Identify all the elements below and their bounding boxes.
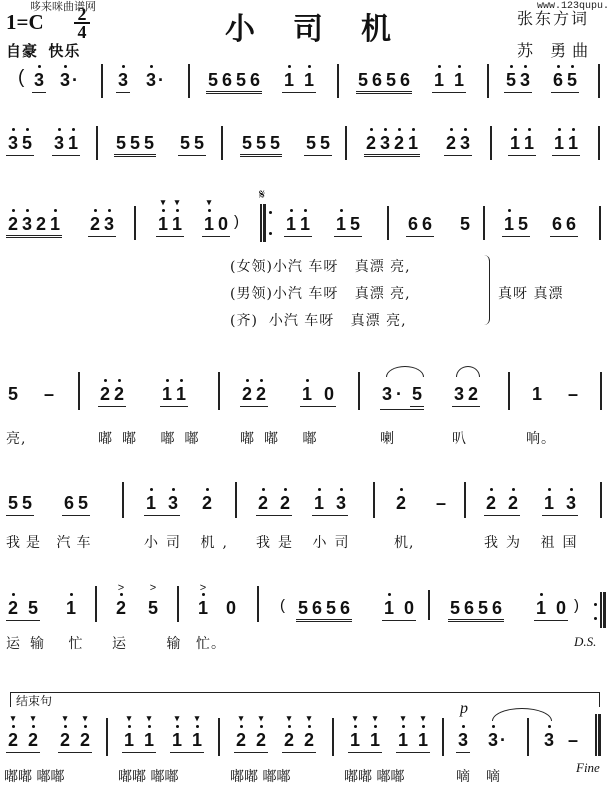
note-group: 66	[406, 214, 434, 237]
repeat-dot	[269, 232, 272, 235]
note-group: 3	[32, 70, 46, 93]
repeat-barline-thick	[263, 204, 266, 242]
note-group: 13	[144, 493, 180, 516]
repeat-dot	[269, 211, 272, 214]
note: –	[566, 730, 580, 750]
note-group: 13	[312, 493, 348, 516]
barline	[122, 482, 124, 518]
barline	[428, 590, 430, 620]
note: 2	[466, 384, 480, 404]
note: –	[42, 384, 56, 404]
note: 1	[64, 598, 78, 618]
barline	[508, 372, 510, 410]
note: 3	[32, 70, 46, 93]
note-group: 11	[122, 730, 156, 753]
note: 2	[88, 214, 102, 234]
note: 2	[444, 133, 458, 153]
note: 3	[518, 70, 532, 90]
note: 3	[458, 133, 472, 153]
note: 3	[144, 70, 158, 90]
note: 2	[234, 730, 248, 750]
note: 2	[26, 730, 40, 750]
note: 1	[534, 598, 548, 618]
note-group: 55	[6, 493, 34, 516]
dot-extension: ·	[158, 70, 164, 90]
song-title: 小司机	[225, 4, 429, 48]
note-group: 53	[504, 70, 532, 93]
note: 3	[52, 133, 66, 153]
note: 1	[542, 493, 556, 513]
lyric: 嘀	[456, 766, 471, 786]
note: 2	[6, 730, 20, 750]
repeat-dot	[594, 617, 597, 620]
barline	[600, 372, 602, 410]
barline	[96, 126, 98, 160]
note: 5	[192, 133, 206, 153]
note: 0	[224, 598, 238, 618]
note: 5	[128, 133, 142, 153]
note: 6	[462, 598, 476, 618]
segno-sign: 𝄋	[259, 186, 265, 203]
note: 3	[6, 133, 20, 153]
tie	[492, 708, 552, 721]
lyric: 运输 忙	[6, 633, 92, 653]
fine-mark: Fine	[576, 760, 600, 776]
note-group: 1–	[530, 384, 580, 404]
note: 1	[170, 730, 184, 750]
note: 2	[278, 493, 292, 513]
note: 5	[348, 214, 362, 234]
note: 1	[144, 493, 158, 513]
note: 2	[254, 730, 268, 750]
note: 2	[6, 214, 20, 234]
note-group: 22	[256, 493, 292, 516]
note: 5	[410, 384, 424, 407]
note-group: 5–	[6, 384, 56, 404]
barline	[598, 126, 600, 160]
note: 6	[406, 214, 420, 234]
note: 1	[190, 730, 204, 750]
lyric: 我是 小司	[256, 532, 356, 552]
barline	[527, 718, 529, 756]
lyric: 叭	[452, 428, 467, 448]
end-repeat-thick	[603, 592, 606, 628]
note: 6	[550, 214, 564, 234]
note: 2	[114, 598, 128, 618]
note: 2	[58, 730, 72, 750]
barline	[101, 64, 103, 98]
note-group: 2	[200, 493, 214, 513]
note: 5	[516, 214, 530, 234]
note: 5	[448, 598, 462, 618]
note-group: 5656	[206, 70, 262, 94]
barline	[345, 126, 347, 160]
note: 0	[402, 598, 416, 618]
barline	[337, 64, 339, 98]
note: 5	[114, 133, 128, 153]
note-group: 11	[160, 384, 188, 407]
note-group: 3·	[486, 730, 506, 750]
note: 1	[522, 133, 536, 153]
barline	[598, 64, 600, 98]
note-group: 555	[114, 133, 156, 157]
note-group: 3–	[542, 730, 580, 750]
note: 1	[432, 70, 446, 90]
note: 6	[248, 70, 262, 90]
barline	[600, 482, 602, 518]
note: –	[566, 384, 580, 404]
note: 2	[254, 384, 268, 404]
note: 6	[398, 70, 412, 90]
barline	[257, 586, 259, 622]
lyrics-brace	[484, 255, 490, 325]
note-group: 10	[300, 384, 336, 407]
barline	[134, 206, 136, 240]
note: 1	[382, 598, 396, 618]
note: 5	[565, 70, 579, 90]
note: 5	[304, 133, 318, 153]
note: 3	[334, 493, 348, 513]
lyrics-female-lead: (女领)小汽 车呀 真漂 亮,	[230, 256, 411, 276]
note: 1	[368, 730, 382, 750]
lyric: 响。	[526, 428, 556, 448]
barline	[188, 64, 190, 98]
note-group: 22	[240, 384, 268, 407]
barline	[358, 372, 360, 410]
note-group: 3	[116, 70, 130, 93]
note-group: 5656	[356, 70, 412, 94]
note-group: 22	[6, 730, 40, 753]
ending-bracket	[10, 692, 600, 707]
note: 2	[506, 493, 520, 513]
note: 0	[322, 384, 336, 404]
note: 5	[254, 133, 268, 153]
note: 2	[98, 384, 112, 404]
note: 3	[20, 214, 34, 234]
note: 6	[420, 214, 434, 234]
lyrics-chorus: (齐) 小汽 车呀 真漂 亮,	[230, 310, 407, 330]
barline	[177, 586, 179, 622]
note: 3	[564, 493, 578, 513]
note: 5	[384, 70, 398, 90]
barline	[464, 482, 466, 518]
note: 5	[20, 493, 34, 513]
final-barline-thin	[595, 714, 597, 756]
note: 1	[156, 214, 170, 234]
note: 5	[206, 70, 220, 90]
note: 5	[26, 598, 40, 618]
note-group: 2321	[6, 214, 62, 238]
note: 2	[394, 493, 408, 513]
close-paren: )	[574, 596, 579, 616]
barline	[483, 206, 485, 240]
note-group: 5	[146, 598, 160, 618]
note-group: 65	[62, 493, 90, 516]
lyric: 运 输	[112, 633, 198, 653]
lyric: 嘟嘟 嘟嘟	[118, 766, 178, 786]
key-signature: 1=C	[6, 10, 44, 35]
barline	[235, 482, 237, 518]
note: 6	[338, 598, 352, 618]
note: 1	[406, 133, 420, 153]
note-group: 55	[178, 133, 206, 156]
note-group: 13	[542, 493, 578, 516]
note-group: 3·5	[380, 384, 424, 410]
close-paren: )	[234, 212, 239, 232]
lyric: 嘀	[486, 766, 501, 786]
note: 1	[284, 214, 298, 234]
slur	[456, 366, 480, 377]
note: 2	[302, 730, 316, 750]
end-repeat-thin	[600, 592, 602, 628]
note: 1	[300, 384, 314, 404]
barline	[78, 372, 80, 410]
note-group: 11	[508, 133, 536, 156]
note: 1	[452, 70, 466, 90]
note: 0	[554, 598, 568, 618]
note-group: 25	[6, 598, 40, 621]
note: 6	[564, 214, 578, 234]
note: 3	[380, 384, 394, 407]
note: 1	[508, 133, 522, 153]
note: 6	[490, 598, 504, 618]
note: 5	[178, 133, 192, 153]
note-group: 2	[114, 598, 128, 618]
note: ·	[500, 730, 506, 750]
note-group: 11	[156, 214, 184, 237]
note: 6	[551, 70, 565, 90]
note: 3	[116, 70, 130, 93]
note: 5	[324, 598, 338, 618]
note-group: 10	[534, 598, 568, 621]
note-group: 32	[452, 384, 480, 407]
note: 1	[282, 70, 296, 90]
note: 5	[504, 70, 518, 90]
note: 6	[370, 70, 384, 90]
tempo-marking: 自豪 快乐	[6, 40, 80, 61]
dynamic-piano: p	[460, 700, 468, 718]
note-group: 22	[484, 493, 520, 516]
note-group: 10	[202, 214, 230, 237]
note: 1	[530, 384, 544, 404]
note: 1	[348, 730, 362, 750]
note-group: 3·	[58, 70, 78, 90]
lyric: 小司 机,	[144, 532, 235, 552]
lyric: 嘟嘟 嘟嘟	[230, 766, 290, 786]
note: 3	[456, 730, 470, 750]
note: 1	[552, 133, 566, 153]
barline	[95, 586, 97, 622]
note: 0	[216, 214, 230, 234]
note: 5	[146, 598, 160, 618]
note: 1	[566, 133, 580, 153]
barline	[218, 372, 220, 410]
note: 1	[334, 214, 348, 234]
note: 1	[312, 493, 326, 513]
barline	[599, 206, 601, 240]
note-group: 11	[170, 730, 204, 753]
note-group: 10	[382, 598, 416, 621]
note-group: 11	[432, 70, 466, 93]
note-group: 5	[458, 214, 472, 234]
note-group: 5656	[296, 598, 352, 622]
note: 5	[296, 598, 310, 618]
note-group: 3	[456, 730, 470, 753]
lyric: 嘟嘟 嘟嘟	[98, 428, 208, 448]
note: 6	[220, 70, 234, 90]
note: 5	[356, 70, 370, 90]
note-group: 2321	[364, 133, 420, 157]
note: 3	[378, 133, 392, 153]
note: 3	[58, 70, 72, 90]
note: 2	[200, 493, 214, 513]
note-group: 1	[64, 598, 78, 618]
repeat-dot	[594, 603, 597, 606]
note: 2	[282, 730, 296, 750]
lyricist-credit: 张东方词	[517, 6, 589, 29]
note: 1	[142, 730, 156, 750]
barline	[221, 126, 223, 160]
note-group: 22	[282, 730, 316, 753]
note-group: 22	[98, 384, 126, 407]
note: 5	[458, 214, 472, 234]
note: 3	[452, 384, 466, 404]
note: 2	[392, 133, 406, 153]
note-group: 15	[334, 214, 362, 237]
note: 3	[102, 214, 116, 234]
note: 1	[174, 384, 188, 404]
note: 5	[476, 598, 490, 618]
note: 5	[142, 133, 156, 153]
lyrics-after-brace: 真呀 真漂	[498, 283, 563, 303]
note-group: 31	[52, 133, 80, 156]
note-group: 11	[348, 730, 382, 753]
time-signature-bottom: 4	[74, 24, 90, 40]
barline	[490, 126, 492, 160]
note: 2	[34, 214, 48, 234]
note-group: 10	[196, 598, 238, 618]
note: 5	[20, 133, 34, 153]
open-paren: (	[280, 596, 285, 616]
note-group: 3·	[144, 70, 164, 90]
ending-bracket-label: 结束句	[16, 692, 52, 709]
note: 1	[302, 70, 316, 90]
note: 3	[486, 730, 500, 750]
note-group: 555	[240, 133, 282, 157]
note-group: 66	[550, 214, 578, 237]
note: 5	[318, 133, 332, 153]
note: 2	[78, 730, 92, 750]
note: 6	[62, 493, 76, 513]
note: 2	[6, 598, 20, 618]
note-group: 23	[88, 214, 116, 237]
note: 5	[234, 70, 248, 90]
note-group: 55	[304, 133, 332, 156]
barline	[332, 718, 334, 756]
note: 1	[66, 133, 80, 153]
composer-credit: 苏 勇曲	[517, 38, 594, 61]
note: 3	[542, 730, 556, 750]
barline	[218, 718, 220, 756]
note-group: 5656	[448, 598, 504, 622]
lyric: 机,	[394, 532, 414, 552]
note: 1	[170, 214, 184, 234]
note-group: 11	[284, 214, 312, 237]
note-group: 15	[502, 214, 530, 237]
note-group: 22	[234, 730, 268, 753]
note: 5	[268, 133, 282, 153]
note: 5	[6, 384, 20, 404]
final-barline-thick	[598, 714, 601, 756]
note: 1	[196, 598, 210, 618]
lyric: 我为 祖国	[484, 532, 584, 552]
lyric: 嘟嘟 嘟嘟	[344, 766, 404, 786]
lyric: 忙。	[196, 633, 226, 653]
note: 1	[48, 214, 62, 234]
note-group: 11	[552, 133, 580, 156]
dal-segno-mark: D.S.	[574, 634, 596, 650]
slur	[386, 366, 424, 377]
barline	[373, 482, 375, 518]
note: 5	[6, 493, 20, 513]
note: 1	[298, 214, 312, 234]
note: 2	[256, 493, 270, 513]
note: 5	[240, 133, 254, 153]
note: 2	[484, 493, 498, 513]
lyric: 亮,	[6, 428, 26, 448]
note: 2	[364, 133, 378, 153]
lyric: 嘟嘟 嘟嘟	[4, 766, 64, 786]
note: 2	[240, 384, 254, 404]
note: 6	[310, 598, 324, 618]
note: 1	[502, 214, 516, 234]
note: 5	[76, 493, 90, 513]
note: –	[434, 493, 448, 513]
note-group: 22	[58, 730, 92, 753]
lyric: 喇	[380, 428, 395, 448]
note: 1	[122, 730, 136, 750]
dot-extension: ·	[72, 70, 78, 90]
lyrics-male-lead: (男领)小汽 车呀 真漂 亮,	[230, 283, 411, 303]
barline	[487, 64, 489, 98]
repeat-barline-thin	[260, 204, 262, 242]
note-group: 65	[551, 70, 579, 93]
note: 1	[416, 730, 430, 750]
note-group: 23	[444, 133, 472, 156]
note: ·	[394, 384, 404, 407]
note: 1	[202, 214, 216, 234]
note: 3	[166, 493, 180, 513]
barline	[387, 206, 389, 240]
note-group: 2–	[394, 493, 448, 513]
open-paren: (	[18, 68, 24, 88]
lyric: 嘟嘟 嘟	[240, 428, 326, 448]
note: 1	[396, 730, 410, 750]
note: 1	[160, 384, 174, 404]
note-group: 11	[396, 730, 430, 753]
lyric: 我是 汽车	[6, 532, 96, 552]
barline	[442, 718, 444, 756]
note-group: 35	[6, 133, 34, 156]
note-group: 11	[282, 70, 316, 93]
note: 2	[112, 384, 126, 404]
barline	[106, 718, 108, 756]
